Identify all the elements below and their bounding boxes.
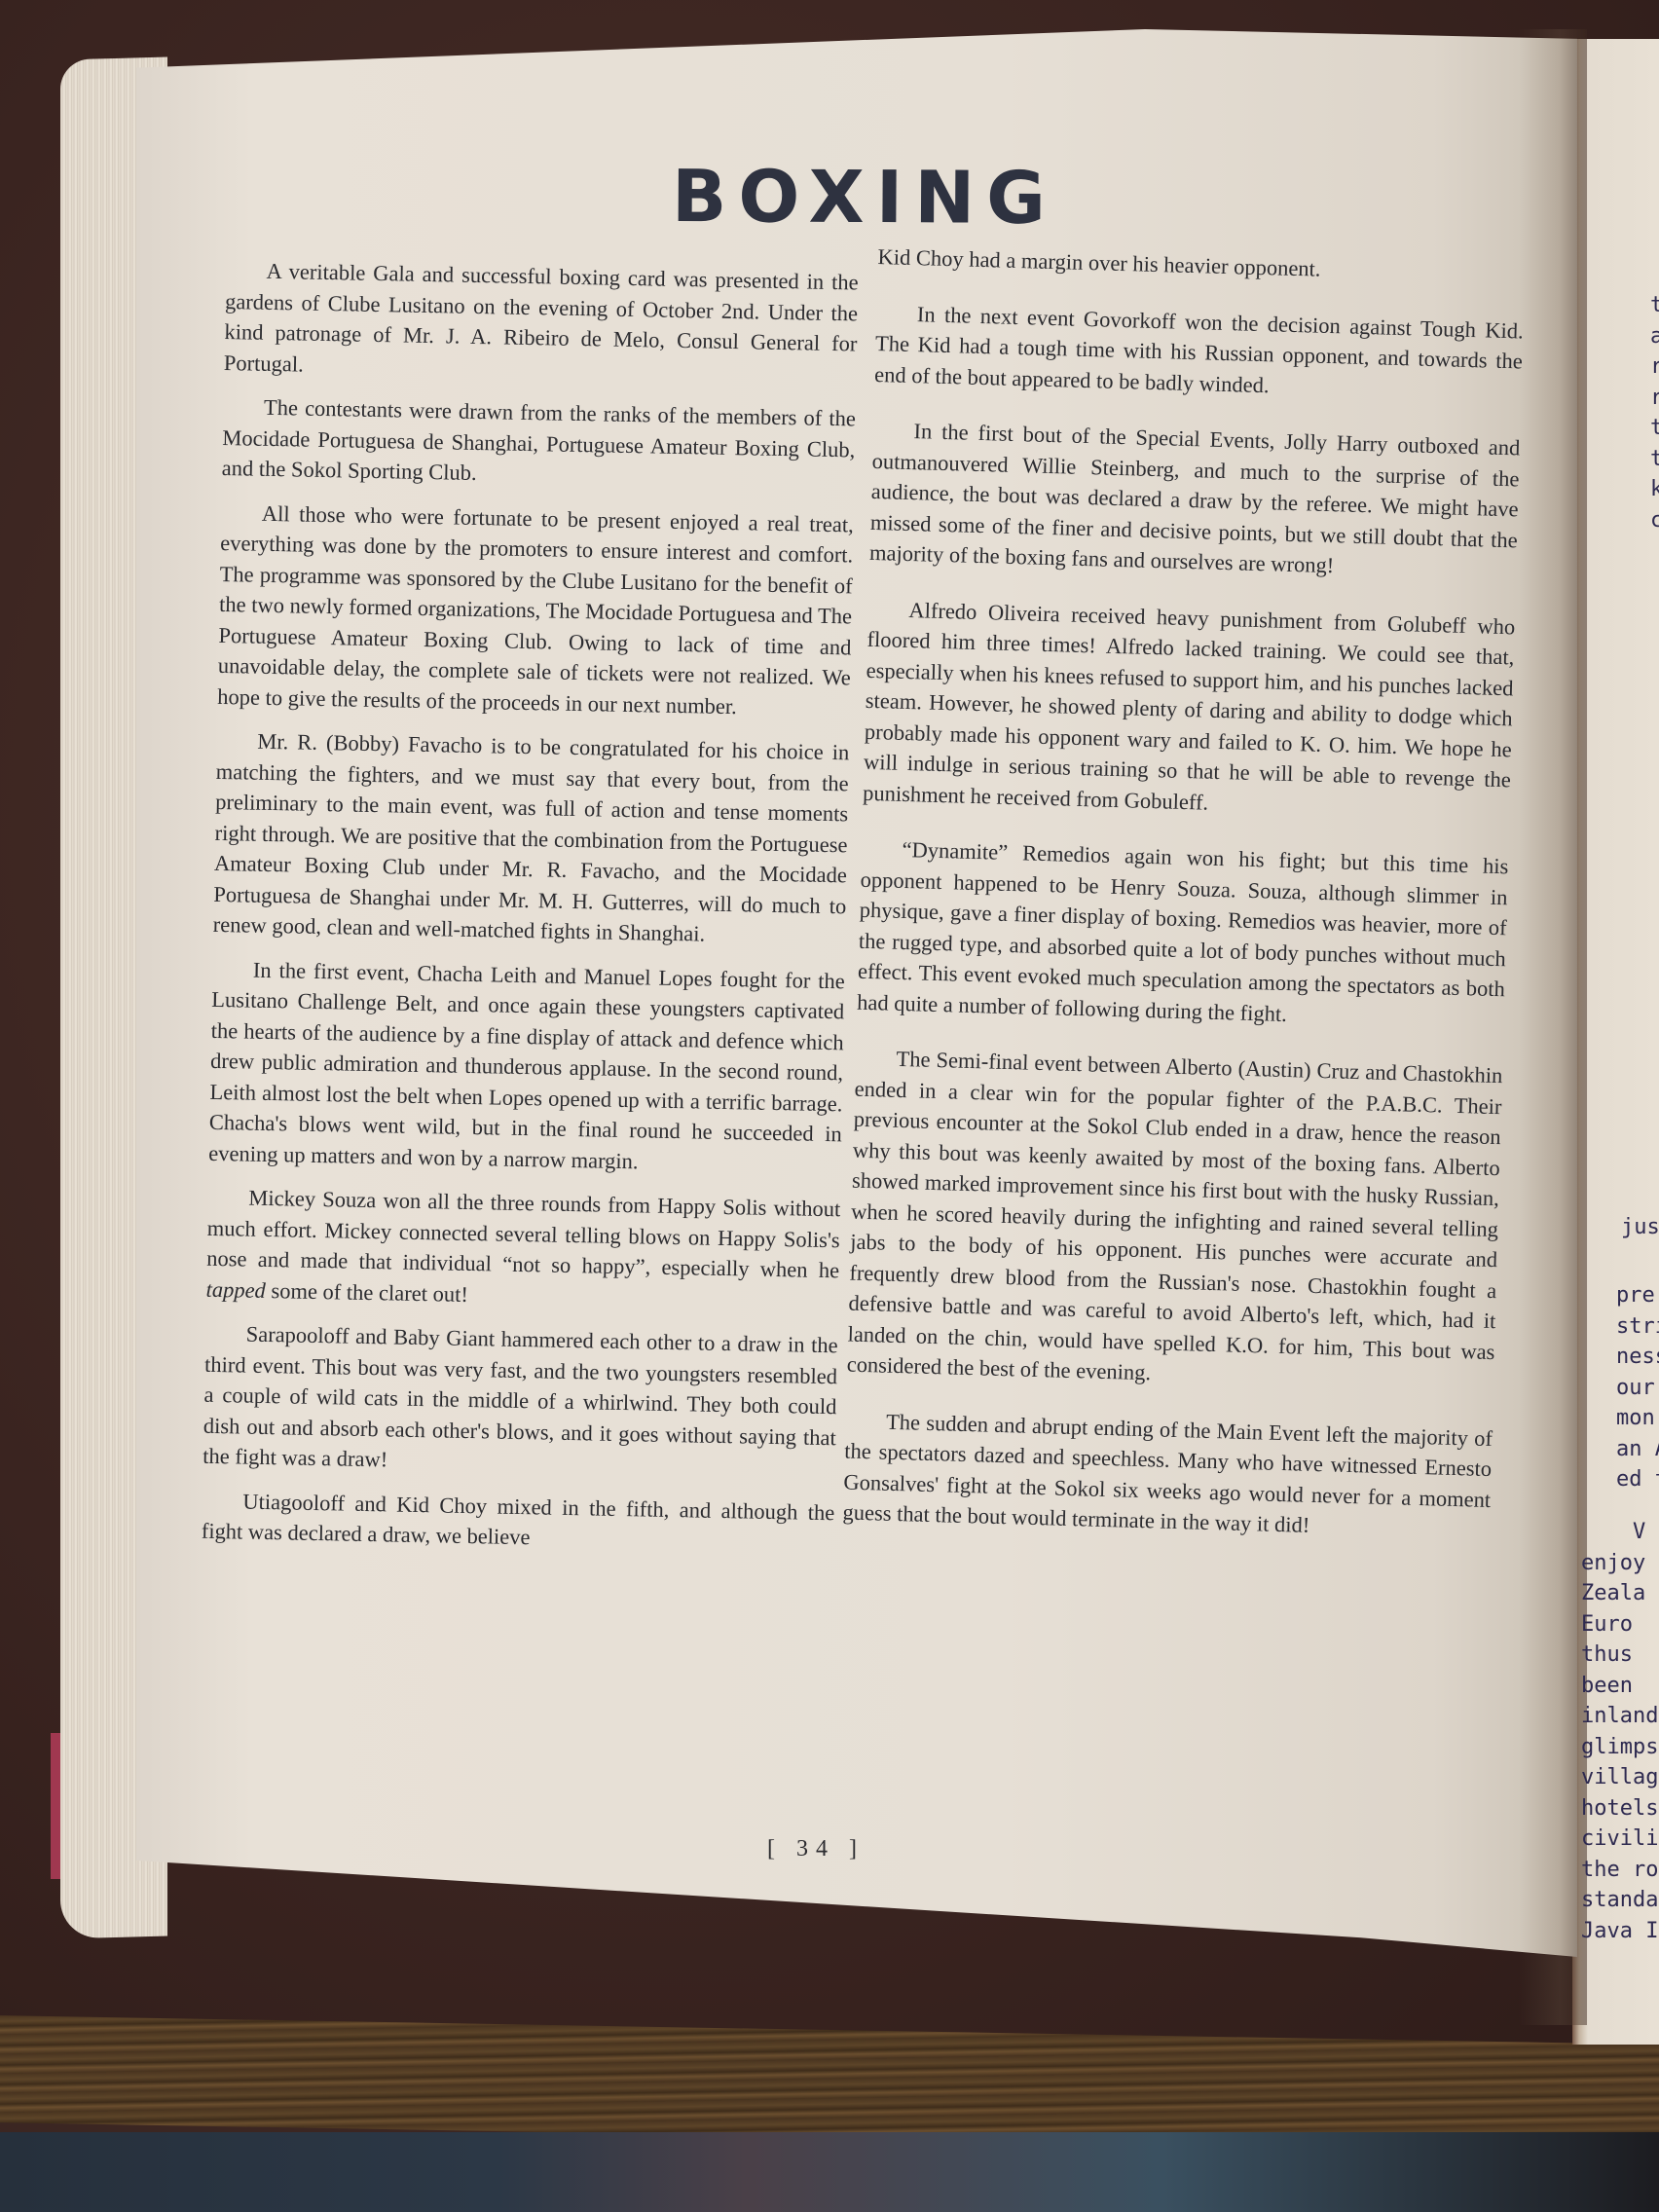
paragraph: The sudden and abrupt ending of the Main… <box>842 1405 1493 1546</box>
paragraph: “Dynamite” Remedios again won his fight;… <box>857 833 1509 1035</box>
book-gutter-shadow <box>1519 29 1587 2025</box>
facing-page-text-bottom: V enjoy Zeala Euro thus been inland glim… <box>1581 1517 1659 1946</box>
facing-page-text-mid: jus <box>1621 1212 1659 1243</box>
floor-background <box>0 2132 1659 2212</box>
paragraph: In the first bout of the Special Events,… <box>869 415 1521 586</box>
left-column: A veritable Gala and successful boxing c… <box>201 255 859 1572</box>
paragraph: Utiagooloff and Kid Choy mixed in the fi… <box>202 1485 835 1558</box>
paragraph: Alfredo Oliveira received heavy punishme… <box>863 593 1516 826</box>
paragraph: Mr. R. (Bobby) Favacho is to be congratu… <box>212 725 849 952</box>
paragraph: The contestants were drawn from the rank… <box>221 391 856 496</box>
article-title: BOXING <box>672 155 1057 240</box>
paragraph: In the first event, Chacha Leith and Man… <box>208 953 845 1180</box>
italic-word: tapped <box>205 1276 266 1302</box>
book-edge-red <box>51 1733 60 1879</box>
paragraph: The Semi-final event between Alberto (Au… <box>846 1043 1502 1398</box>
page-number: [ 34 ] <box>767 1836 865 1862</box>
paragraph: All those who were fortunate to be prese… <box>217 497 854 723</box>
paragraph: In the next event Govorkoff won the deci… <box>874 297 1524 407</box>
facing-page-text-mid2: pre stri ness our mon an A ed t <box>1616 1280 1659 1495</box>
right-column: Kid Choy had a margin over his heavier o… <box>841 241 1525 1571</box>
paragraph: A veritable Gala and successful boxing c… <box>224 255 859 389</box>
paragraph-text: some of the claret out! <box>266 1277 469 1306</box>
paragraph-mickey-souza: Mickey Souza won all the three rounds fr… <box>205 1182 840 1316</box>
paragraph-text: Mickey Souza won all the three rounds fr… <box>206 1186 841 1283</box>
paragraph: Sarapooloff and Baby Giant hammered each… <box>203 1318 838 1484</box>
facing-page-text-top: t a r r t t k c <box>1650 290 1659 535</box>
